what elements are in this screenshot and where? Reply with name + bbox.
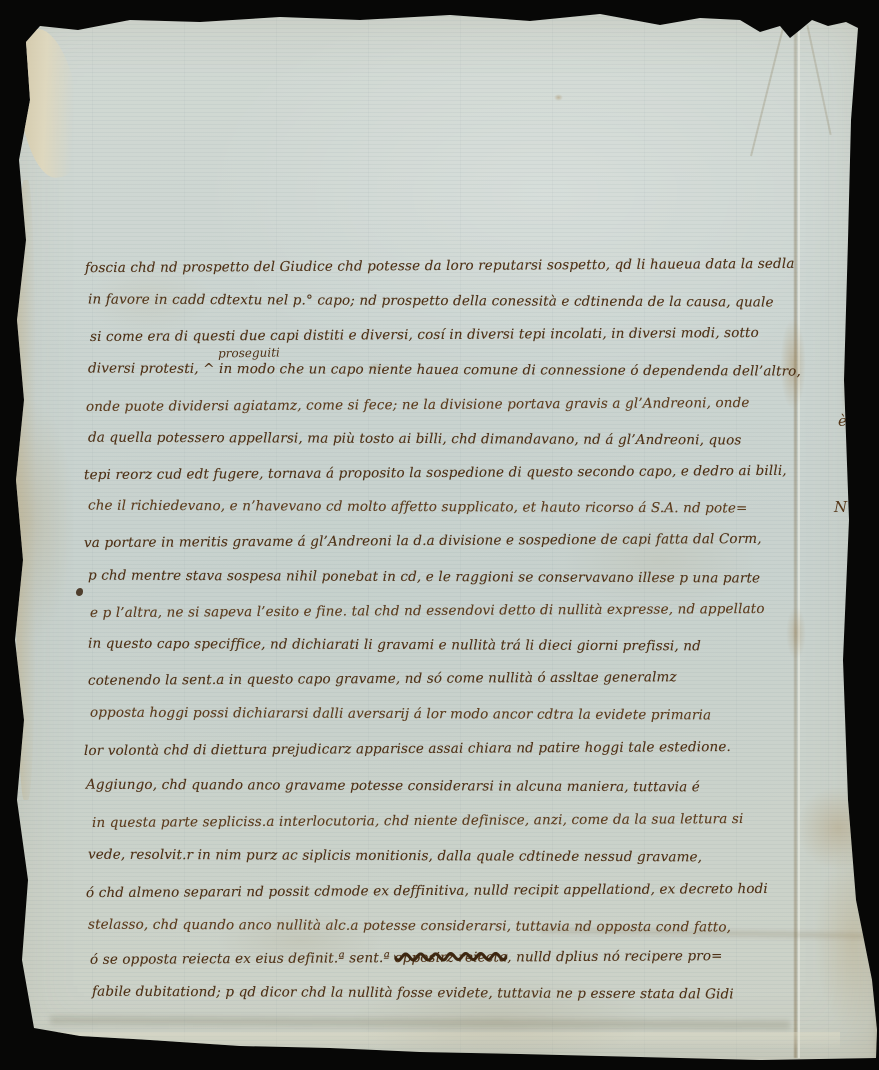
manuscript-line: Aggiungo, chd quando anco gravame potess… bbox=[86, 777, 700, 796]
manuscript-line: in favore in cadd cdtextu nel p.° capo; … bbox=[88, 292, 774, 311]
manuscript-line: opposta hoggi possi dichiararsi dalli av… bbox=[90, 705, 711, 724]
manuscript-line: foscia chd nd prospetto del Giudice chd … bbox=[85, 256, 795, 276]
manuscript-text-block: foscia chd nd prospetto del Giudice chd … bbox=[0, 0, 879, 1070]
manuscript-line: ó chd almeno separari nd possit cdmode e… bbox=[86, 881, 768, 901]
manuscript-line: che il richiedevano, e n’havevano cd mol… bbox=[88, 498, 748, 517]
manuscript-line: tepi reorz cud edt fugere, tornava á pro… bbox=[84, 463, 787, 483]
manuscript-line-with-deletion: ó se opposta reiecta ex eius definit.ª s… bbox=[90, 948, 723, 968]
manuscript-line: si come era di questi due capi distiti e… bbox=[90, 325, 759, 345]
photograph-background: foscia chd nd prospetto del Giudice chd … bbox=[0, 0, 879, 1070]
interlinear-insertion: proseguiti bbox=[218, 345, 280, 360]
manuscript-line: onde puote dividersi agiatamz, come si f… bbox=[86, 395, 750, 415]
manuscript-line: va portare in meritis gravame á gl’Andre… bbox=[84, 531, 762, 551]
manuscript-page: foscia chd nd prospetto del Giudice chd … bbox=[0, 0, 879, 1070]
struck-text: opposirz reiecta bbox=[394, 949, 507, 966]
manuscript-line: diversi protesti, ^ in modo che un capo … bbox=[88, 360, 801, 379]
manuscript-line: in questo capo speciffice, nd dichiarati… bbox=[88, 636, 701, 655]
manuscript-line: stelasso, chd quando anco nullità alc.a … bbox=[88, 917, 731, 936]
line-text-after-deletion: , nulld dplius nó recipere pro= bbox=[507, 948, 722, 965]
manuscript-line: cotenendo la sent.a in questo capo grava… bbox=[88, 669, 677, 689]
manuscript-line: vede, resolvit.r in nim purz ac siplicis… bbox=[88, 847, 702, 866]
manuscript-line: in questa parte sepliciss.a interlocutor… bbox=[92, 811, 744, 831]
adjacent-page-text-fragment: N bbox=[834, 498, 847, 516]
manuscript-line: lor volontà chd di diettura prejudicarz … bbox=[84, 739, 731, 759]
manuscript-line: e p l’altra, ne si sapeva l’esito e fine… bbox=[90, 601, 765, 621]
manuscript-line: da quella potessero appellarsi, ma più t… bbox=[88, 430, 742, 449]
adjacent-page-text-fragment: è bbox=[838, 412, 847, 430]
line-text-before-deletion: ó se opposta reiecta ex eius definit.ª s… bbox=[90, 950, 394, 968]
manuscript-line: p chd mentre stava sospesa nihil ponebat… bbox=[88, 568, 760, 587]
manuscript-line: fabile dubitationd; p qd dicor chd la nu… bbox=[92, 984, 734, 1003]
